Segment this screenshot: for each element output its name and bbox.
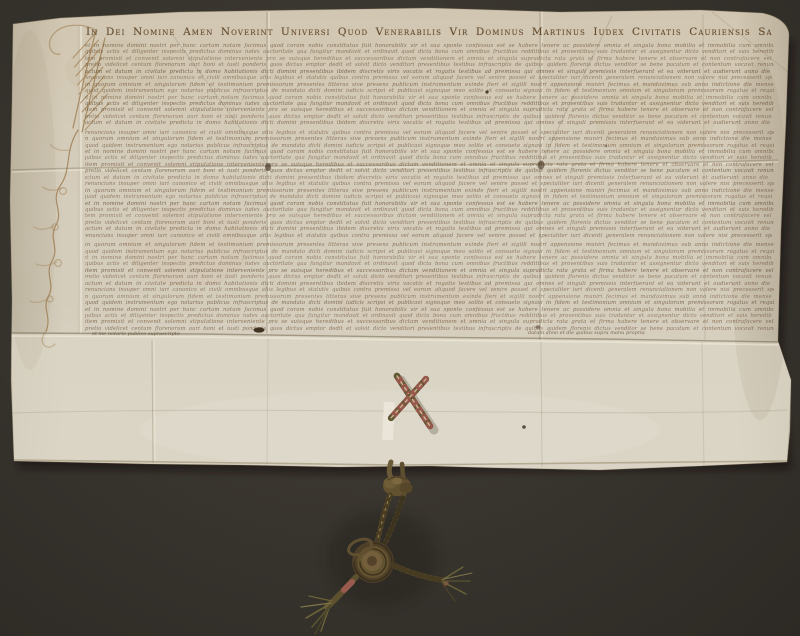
- manuscript-line: renuncians insuper omni iuri canonico et…: [85, 233, 772, 239]
- manuscript-line: renuncians insuper omni iuri canonico et…: [85, 181, 774, 187]
- manuscript-line: quod quidem instrumentum ego notarius pu…: [85, 143, 774, 149]
- manuscript-line: actum et datum in civitate predicta in d…: [85, 120, 774, 126]
- manuscript-line: pretio videlicet centum florenorum auri …: [85, 62, 774, 68]
- manuscript-line: quod quidem instrumentum ego notarius pu…: [85, 194, 772, 200]
- manuscript-line: pretio videlicet centum florenorum auri …: [85, 274, 772, 280]
- manuscript-heading-line: In Dei Nomine Amen Noverint Universi Quo…: [86, 26, 772, 40]
- manuscript-line: quod quidem instrumentum ego notarius pu…: [85, 300, 774, 306]
- seal-cord-pendant: [301, 462, 472, 634]
- left-tassel: [301, 577, 356, 634]
- manuscript-line: quibus actis et diligenter inspectis pre…: [85, 261, 774, 267]
- manuscript-line: renuncians insuper omni iuri canonico et…: [85, 75, 772, 81]
- manuscript-line: pretio videlicet centum florenorum auri …: [85, 114, 772, 120]
- charter-photograph: In Dei Nomine Amen Noverint Universi Quo…: [0, 0, 800, 636]
- manuscript-line: quibus actis et diligenter inspectis pre…: [85, 155, 772, 161]
- manuscript-line: quibus actis et diligenter inspectis pre…: [85, 101, 774, 107]
- manuscript-closing-fragment-left: et me notario publico suprascripto: [92, 331, 217, 337]
- manuscript-closing-fragment-mid: datum anno et die quibus supra manu prop…: [528, 330, 676, 336]
- manuscript-text-block: et in nomine domini nostri per hanc cart…: [85, 43, 774, 335]
- manuscript-line: pretio videlicet centum florenorum auri …: [85, 220, 774, 226]
- cord-knot: [383, 476, 413, 496]
- manuscript-line: quibus actis et diligenter inspectis pre…: [85, 313, 772, 319]
